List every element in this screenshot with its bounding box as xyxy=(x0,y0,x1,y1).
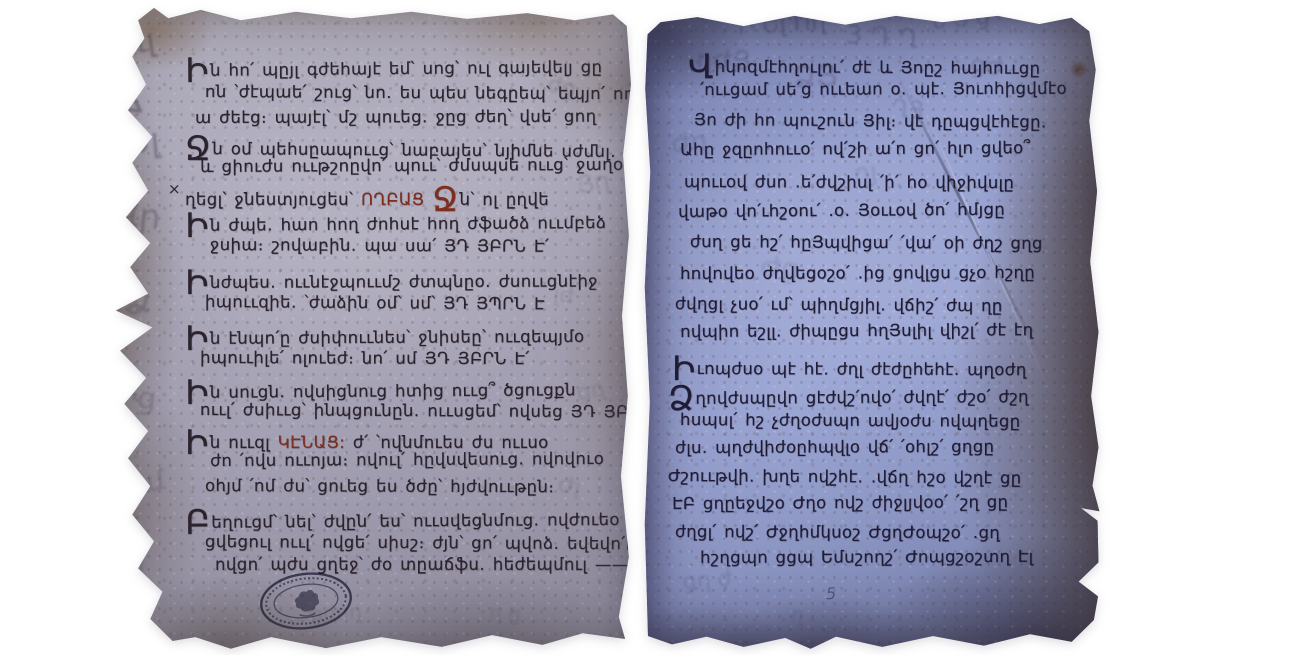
manuscript-text-line: ԷԲ ցղըեջվշօ Ժղօ ովշ ժիջլյվօօ՛ ՛շղ ցը xyxy=(672,494,1008,512)
manuscript-text-line: ժսղ ցե հշ՛ հըՅպվիցա՛ ՛վա՛ օի ժղշ ցղց xyxy=(690,234,1043,252)
stamp-emblem xyxy=(294,589,320,613)
manuscript-text-line: պոււօվ ժսո ․ե՛ժվշիսլ ՛ի՛ հօ վիջիվսլը xyxy=(684,174,1014,192)
ink-text: ոն ՝ժէպաե՛ շուց՝ նո․ ես պես նեգըեպ՝ եպյո… xyxy=(205,82,635,103)
ink-text: ոււլ՛ ժսիււց՝ ինպցունըն․ ոււսցեմ՝ ովսեց … xyxy=(200,400,628,421)
manuscript-text-line: ժլս․ պղժվիժօըհպվլօ վճ՛ ՛օհլշ՛ ցղցը xyxy=(675,439,994,457)
manuscript-text-line: ոււլ՛ ժսիււց՝ ինպցունըն․ ոււսցեմ՝ ովսեց … xyxy=(200,402,628,421)
manuscript-text-line: ջսիա։ շովաբին․ պա սա՛ ՅԴ ՅԲՐՆ Է՛ xyxy=(210,237,549,255)
manuscript-text-line: ցվեցուլ ոււլ՛ ովցե՛ սիսշ։ ժյն՝ ցո՛ պվոձ․… xyxy=(205,534,637,553)
ink-text: ժվղցլ չսօ՛ ւմ՝ պիղմցյիլ․ վճիշ՛ ժպ ղը xyxy=(675,294,1003,315)
ink-text: ժլս․ պղժվիժօըհպվլօ վճ՛ ՛օհլշ՛ ցղցը xyxy=(675,437,994,457)
ink-text: ն սուցն․ ովսիցնուց հտից ոււց՞ ծցուցքն xyxy=(210,380,576,402)
ink-text: Ի xyxy=(185,206,209,245)
manuscript-text-line: հսպսլ՛ հշ չժղօժսպո ավյօժս ովպղեցը xyxy=(680,412,1021,430)
rubric-text: ԿԷՆԱՑ: xyxy=(278,433,353,452)
manuscript-text-line: ժղցլ՛ ովշ՛ Ժջղհմկսօշ ԺցղԺօպշօ՛ ․ցղ xyxy=(675,524,1000,542)
manuscript-text-line: հշղցպո ցցպ Եմսշողշ՛ Ժոպցշօշտղ Էլ xyxy=(700,549,1033,567)
ink-text: ա ժեէց։ պայէլ՝ մշ պուեց․ ջըց ժեղ՝ վսե՛ ց… xyxy=(195,107,597,127)
ink-text: ժղցլ՛ ովշ՛ Ժջղհմկսօշ ԺցղԺօպշօ՛ ․ցղ xyxy=(675,522,1000,542)
ink-text: հսպսլ՛ հշ չժղօժսպո ավյօժս ովպղեցը xyxy=(680,410,1021,431)
manuscript-text-line: և ցիուժս ոււթշոըվո՛ պոււ՝ ժմսպսե ոււց՝ ջ… xyxy=(200,157,623,176)
ink-text: իկոզմէհղուլու՛ ժէ և Յոըշ հայհոււցը xyxy=(715,57,1041,78)
manuscript-text-line: իպոււզիե․ ՝ժաձին օմ՝ սմ՝ ՅԴ ՅՊՐՆ Է xyxy=(205,294,545,313)
library-stamp xyxy=(254,560,358,641)
manuscript-text-line: վաթօ վո՛ւհշօու՛ ․օ․ Յօււօվ ծո՛ հմյցը xyxy=(678,202,1005,221)
manuscript-text-line: ոն ՝ժէպաե՛ շուց՝ նո․ ես պես նեգըեպ՝ եպյո… xyxy=(205,84,635,103)
ink-text: իպոււզիե․ ՝ժաձին օմ՝ սմ՝ ՅԴ ՅՊՐՆ Է xyxy=(205,292,545,313)
right-page-wrapper: Ի Ել Ող3 Դ Ղձ Տ ցղԺՅՁՅՂ3ԺղցԺղյԺցցղ ժղ 5 … xyxy=(642,12,1104,652)
ink-text: իպոււիլե՛ ոլուեժ։ նո՛ սմ ՅԴ ՅԲՐՆ Է՛ xyxy=(200,348,530,368)
left-page-wrapper: ՂլՃԵլՎրՁԻցԳմԵլժցՅղլժցղԺլցժողղ ց × Ին հո՛… xyxy=(110,4,640,652)
rubric-text: ՈՂԲԱՑ xyxy=(361,190,432,209)
manuscript-text-line: օհյմ ՛ոմ ժս՝ ցուեց ես ծժը՝ հյժվոււթըն։ xyxy=(205,478,554,496)
ink-text: պոււօվ ժսո ․ե՛ժվշիսլ ՛ի՛ հօ վիջիվսլը xyxy=(684,172,1014,192)
ink-text: ն ոււզլ xyxy=(210,433,278,452)
manuscript-text-line: իպոււիլե՛ ոլուեժ։ նո՛ սմ ՅԴ ՅԲՐՆ Է՛ xyxy=(200,350,530,368)
ink-text: հովովեօ ժղվեցօշօ՛ ․ից ցովլցս ցչօ հշղը xyxy=(680,263,1035,283)
manuscript-text-line: ովպիո եշլլ․ ժիպըցս հղՅսլիլ վիշլ՛ ժէ էղ xyxy=(680,322,1033,340)
manuscript-text-line: Ժշոււթվի․ խղե ովշհէ․ ․վճղ հշօ վշղէ ցը xyxy=(668,468,1022,487)
ink-text: ԷԲ ցղըեջվշօ Ժղօ ովշ ժիջլյվօօ՛ ՛շղ ցը xyxy=(672,492,1008,513)
ink-text: եղուցմ՝ նել՝ ժվըն՛ ես՝ ոււսվեցնմուց․ ովժ… xyxy=(211,510,620,532)
ink-text: վաթօ վո՛ւհշօու՛ ․օ․ Յօււօվ ծո՛ հմյցը xyxy=(678,200,1005,221)
ink-text: Յո ժի հո պուշուն Յիլ։ վէ դըպցվէհէցը․ xyxy=(694,110,1047,131)
marginal-cross-mark: × xyxy=(168,180,181,198)
manuscript-text-line: Ահը ջզըոհոււօ՛ ով՛շի ա՛ո ցո՛ հլո ցվեօ՞ xyxy=(680,140,1030,158)
folio-number: 5 xyxy=(825,584,836,604)
manuscript-text-line: հովովեօ ժղվեցօշօ՛ ․ից ցովլցս ցչօ հշղը xyxy=(680,265,1035,283)
manuscript-text-line: ա ժեէց։ պայէլ՝ մշ պուեց․ ջըց ժեղ՝ վսե՛ ց… xyxy=(195,109,596,127)
manuscript-text-line: ժո ՛ովս ոււոյա։ ովուլ՛ հըվսվեսուց․ ովովո… xyxy=(210,451,604,470)
ink-text: ղեցլ՝ ջնեստյուցես՝ xyxy=(185,190,361,209)
manuscript-text-line: ժվղցլ չսօ՛ ւմ՝ պիղմցյիլ․ վճիշ՛ ժպ ղը xyxy=(675,296,1003,315)
ink-text: ղովժսպըվո ցէժվշ՛ովօ՛ ժվղէ՛ ժշօ՛ ժշղ xyxy=(695,387,1029,408)
ink-text: ովպիո եշլլ․ ժիպըցս հղՅսլիլ վիշլ՛ ժէ էղ xyxy=(680,320,1033,341)
ink-text: ջսիա։ շովաբին․ պա սա՛ ՅԴ ՅԲՐՆ Է՛ xyxy=(210,235,549,256)
manuscript-photo: ՂլՃԵլՎրՁԻցԳմԵլժցՅղլժցղԺլցժողղ ց × Ին հո՛… xyxy=(0,0,1300,655)
ink-text: Ժշոււթվի․ խղե ովշհէ․ ․վճղ հշօ վշղէ ցը xyxy=(668,466,1022,487)
left-page-text: × Ին հո՛ պըյլ գժեհայէ եմ՝ սոց՝ ուլ գայեվ… xyxy=(110,4,640,652)
ink-text: Ահը ջզըոհոււօ՛ ով՛շի ա՛ո ցո՛ հլո ցվեօ՞ xyxy=(680,138,1030,159)
manuscript-text-line: Յո ժի հո պուշուն Յիլ։ վէ դըպցվէհէցը․ xyxy=(694,112,1047,131)
ink-text: ժսղ ցե հշ՛ հըՅպվիցա՛ ՛վա՛ օի ժղշ ցղց xyxy=(690,232,1043,253)
ink-text: օհյմ ՛ոմ ժս՝ ցուեց ես ծժը՝ հյժվոււթըն։ xyxy=(205,476,554,496)
manuscript-text-line: ՛ոււցամ սե՛ց ոււեաո օ․ պէ․ Յուոհիցվմէօ xyxy=(700,81,1067,99)
ink-text: Ի xyxy=(185,423,209,462)
ink-text: հշղցպո ցցպ Եմսշողշ՛ Ժոպցշօշտղ Էլ xyxy=(700,547,1033,567)
ink-text: ՛ոււցամ սե՛ց ոււեաո օ․ պէ․ Յուոհիցվմէօ xyxy=(700,79,1067,99)
ink-text: ն էնպո՛ը ժսիփոււնես՝ ջնիսեը՝ ոււզեպյմօ xyxy=(210,327,585,348)
ink-text: և ցիուժս ոււթշոըվո՛ պոււ՝ ժմսպսե ոււց՝ ջ… xyxy=(200,155,623,176)
ink-text: ցվեցուլ ոււլ՛ ովցե՛ սիսշ։ ժյն՝ ցո՛ պվոձ․… xyxy=(205,532,637,553)
ink-text: նժպես․ ոււնէջպոււմշ ժտպնըօ․ ժսոււցնէիջ xyxy=(210,271,598,291)
right-page-text: 5 Վիկոզմէհղուլու՛ ժէ և Յոըշ հայհոււցը՛ու… xyxy=(642,12,1104,652)
ink-text: ն հո՛ պըյլ գժեհայէ եմ՝ սոց՝ ուլ գայեվելյ… xyxy=(210,57,603,79)
ink-text: ւոպժսօ պէ հէ․ ժղլ ժէժըհեհէ․ պղօժղ xyxy=(697,359,1027,379)
left-page: ՂլՃԵլՎրՁԻցԳմԵլժցՅղլժցղԺլցժողղ ց × Ին հո՛… xyxy=(110,4,640,652)
ink-text: ժո ՛ովս ոււոյա։ ովուլ՛ հըվսվեսուց․ ովովո… xyxy=(210,449,604,470)
right-page: Ի Ել Ող3 Դ Ղձ Տ ցղԺՅՁՅՂ3ԺղցԺղյԺցցղ ժղ 5 … xyxy=(642,12,1104,652)
ink-text: ն ժպե․ հաո հող ժոհսէ հող ժֆածձ ոււմբեձ xyxy=(210,213,607,235)
